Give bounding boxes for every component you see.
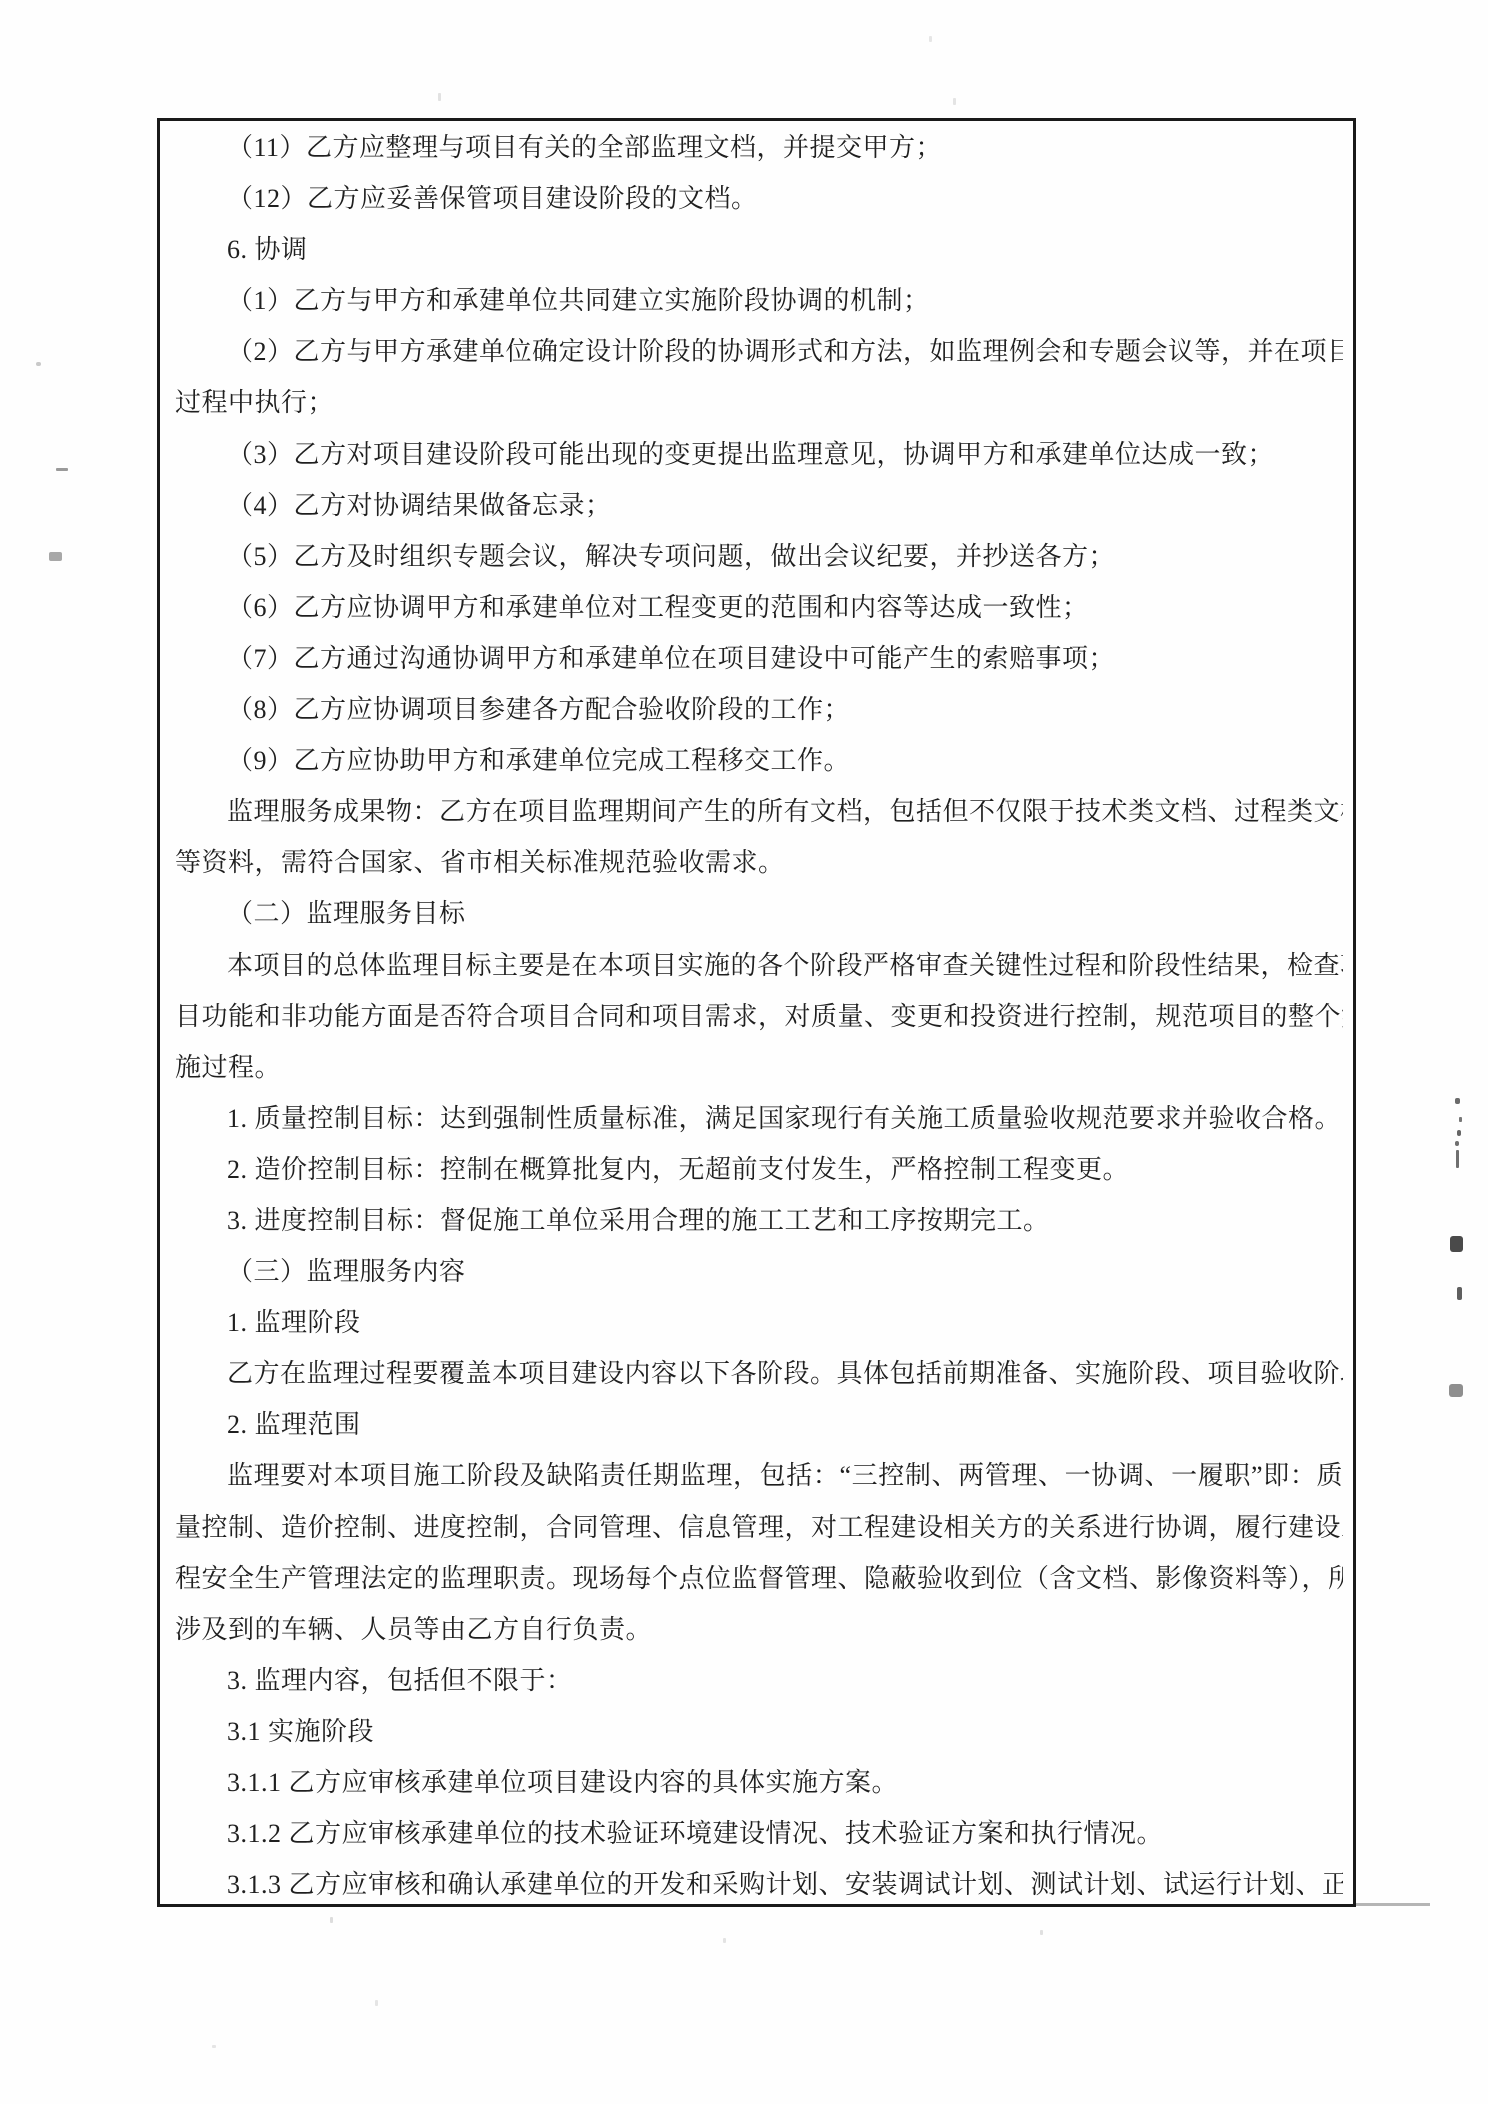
scan-speck <box>1457 1287 1462 1300</box>
text-line: （二）监理服务目标 <box>175 888 1343 939</box>
scan-speck <box>1450 1236 1463 1252</box>
text-line: 涉及到的车辆、人员等由乙方自行负责。 <box>175 1604 1343 1655</box>
scan-speck <box>375 2000 378 2006</box>
document-border-box: （11）乙方应整理与项目有关的全部监理文档，并提交甲方；（12）乙方应妥善保管项… <box>157 118 1356 1907</box>
text-line: 本项目的总体监理目标主要是在本项目实施的各个阶段严格审查关键性过程和阶段性结果，… <box>175 940 1343 991</box>
scan-speck <box>1449 1384 1463 1397</box>
text-line: 乙方在监理过程要覆盖本项目建设内容以下各阶段。具体包括前期准备、实施阶段、项目验… <box>175 1348 1343 1399</box>
scan-speck <box>330 1917 333 1923</box>
scan-speck <box>953 98 956 105</box>
text-line: 目功能和非功能方面是否符合项目合同和项目需求，对质量、变更和投资进行控制，规范项… <box>175 991 1343 1042</box>
scan-speck <box>929 36 932 42</box>
scan-speck <box>1456 1150 1459 1168</box>
text-line: 施过程。 <box>175 1042 1343 1093</box>
scan-speck <box>1455 1141 1459 1146</box>
text-line: 2. 监理范围 <box>175 1399 1343 1450</box>
text-line: 3.1 实施阶段 <box>175 1706 1343 1757</box>
scan-speck <box>49 552 62 561</box>
text-line: 1. 监理阶段 <box>175 1297 1343 1348</box>
scan-speck <box>723 1938 726 1943</box>
text-line: （1）乙方与甲方和承建单位共同建立实施阶段协调的机制； <box>175 275 1343 326</box>
scan-speck <box>36 362 41 366</box>
scan-speck <box>56 468 68 471</box>
text-line: 6. 协调 <box>175 224 1343 275</box>
text-line: （12）乙方应妥善保管项目建设阶段的文档。 <box>175 173 1343 224</box>
text-line: 1. 质量控制目标：达到强制性质量标准，满足国家现行有关施工质量验收规范要求并验… <box>175 1093 1343 1144</box>
text-line: 程安全生产管理法定的监理职责。现场每个点位监督管理、隐蔽验收到位（含文档、影像资… <box>175 1553 1343 1604</box>
text-line: （4）乙方对协调结果做备忘录； <box>175 480 1343 531</box>
text-line: 3.1.3 乙方应审核和确认承建单位的开发和采购计划、安装调试计划、测试计划、试… <box>175 1859 1343 1907</box>
text-line: （三）监理服务内容 <box>175 1246 1343 1297</box>
text-line: 过程中执行； <box>175 377 1343 428</box>
scan-speck <box>1455 1098 1460 1104</box>
text-line: （2）乙方与甲方承建单位确定设计阶段的协调形式和方法，如监理例会和专题会议等，并… <box>175 326 1343 377</box>
text-line: （9）乙方应协助甲方和承建单位完成工程移交工作。 <box>175 735 1343 786</box>
scan-speck <box>1040 1930 1043 1935</box>
text-line: （6）乙方应协调甲方和承建单位对工程变更的范围和内容等达成一致性； <box>175 582 1343 633</box>
text-line: 监理服务成果物：乙方在项目监理期间产生的所有文档，包括但不仅限于技术类文档、过程… <box>175 786 1343 837</box>
text-line: 3.1.1 乙方应审核承建单位项目建设内容的具体实施方案。 <box>175 1757 1343 1808</box>
scan-speck <box>1459 1117 1462 1122</box>
text-line: （11）乙方应整理与项目有关的全部监理文档，并提交甲方； <box>175 122 1343 173</box>
text-line: 监理要对本项目施工阶段及缺陷责任期监理，包括：“三控制、两管理、一协调、一履职”… <box>175 1450 1343 1501</box>
scan-speck <box>1457 1130 1461 1136</box>
text-line: 3. 进度控制目标：督促施工单位采用合理的施工工艺和工序按期完工。 <box>175 1195 1343 1246</box>
text-line: 量控制、造价控制、进度控制，合同管理、信息管理，对工程建设相关方的关系进行协调，… <box>175 1502 1343 1553</box>
text-line: （8）乙方应协调项目参建各方配合验收阶段的工作； <box>175 684 1343 735</box>
text-line: 3.1.2 乙方应审核承建单位的技术验证环境建设情况、技术验证方案和执行情况。 <box>175 1808 1343 1859</box>
text-line: 等资料，需符合国家、省市相关标准规范验收需求。 <box>175 837 1343 888</box>
scanned-contract-page: （11）乙方应整理与项目有关的全部监理文档，并提交甲方；（12）乙方应妥善保管项… <box>0 0 1488 2104</box>
text-line: （5）乙方及时组织专题会议，解决专项问题，做出会议纪要，并抄送各方； <box>175 531 1343 582</box>
text-line: 3. 监理内容，包括但不限于： <box>175 1655 1343 1706</box>
text-line: 2. 造价控制目标：控制在概算批复内，无超前支付发生，严格控制工程变更。 <box>175 1144 1343 1195</box>
scan-speck <box>212 2045 216 2048</box>
text-line: （7）乙方通过沟通协调甲方和承建单位在项目建设中可能产生的索赔事项； <box>175 633 1343 684</box>
scan-speck <box>1356 1903 1430 1906</box>
scan-speck <box>438 93 441 101</box>
text-line: （3）乙方对项目建设阶段可能出现的变更提出监理意见，协调甲方和承建单位达成一致； <box>175 429 1343 480</box>
